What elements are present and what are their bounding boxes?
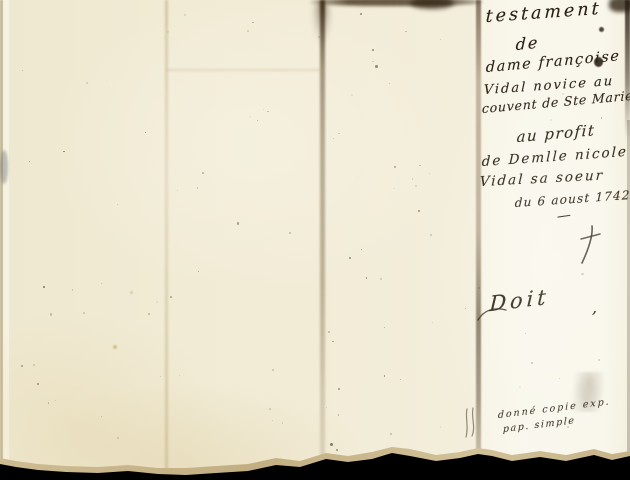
speckle xyxy=(167,31,169,33)
speckle xyxy=(86,82,88,84)
horizontal-crease xyxy=(166,69,322,71)
pen-trial-squiggle xyxy=(463,407,479,439)
speckle xyxy=(269,408,271,410)
speckle xyxy=(43,286,45,288)
speckle xyxy=(412,178,414,180)
speckle xyxy=(429,173,430,174)
pen-comma-mark: , xyxy=(592,300,597,316)
speckle xyxy=(349,257,351,259)
speckle xyxy=(465,308,466,309)
ink-speck xyxy=(375,65,378,68)
speckle xyxy=(390,433,392,435)
speckle xyxy=(338,414,339,415)
left-paper-edge-highlight xyxy=(3,0,9,462)
x-mark xyxy=(576,224,602,266)
foxing-spot xyxy=(129,290,134,295)
left-edge-blue-smudge xyxy=(0,150,8,184)
speckle xyxy=(48,402,49,403)
fold-crease-top-smudge xyxy=(312,0,332,46)
speckle xyxy=(380,278,382,280)
speckle xyxy=(384,327,385,328)
speckle xyxy=(326,407,328,409)
speckle xyxy=(400,379,401,380)
speckle xyxy=(29,161,30,162)
speckle xyxy=(361,249,362,250)
speckle xyxy=(430,234,432,236)
speckle xyxy=(50,313,52,315)
ink-blot xyxy=(599,27,604,32)
speckle xyxy=(267,111,269,113)
speckle xyxy=(389,83,390,84)
speckle xyxy=(372,61,374,63)
speckle xyxy=(252,22,253,23)
speckle xyxy=(101,283,102,284)
speckle xyxy=(72,289,73,290)
speckle xyxy=(405,31,406,32)
speckle xyxy=(22,70,23,71)
pen-dash-mark: — xyxy=(556,208,572,224)
right-edge-shadow-top xyxy=(625,0,630,140)
speckle xyxy=(328,331,330,333)
handwriting-line-de: de xyxy=(515,35,539,54)
speckle xyxy=(272,369,274,371)
ink-speck xyxy=(330,443,333,446)
speckle xyxy=(384,375,386,377)
speckle xyxy=(179,375,180,376)
speckle xyxy=(21,365,23,367)
speckle xyxy=(432,322,433,323)
paper-sheet: testament de dame françoise Vidal novice… xyxy=(0,0,630,480)
speckle xyxy=(37,383,39,385)
speckle xyxy=(184,14,186,16)
speckle xyxy=(419,165,421,167)
speckle xyxy=(263,109,265,111)
speckle xyxy=(338,133,339,134)
top-edge-dirt-band xyxy=(310,0,482,6)
speckle xyxy=(156,301,158,303)
fold-crease-right xyxy=(476,0,481,456)
speckle xyxy=(83,312,85,314)
ink-speck xyxy=(338,388,340,390)
speckle xyxy=(581,273,583,275)
speckle xyxy=(145,132,146,133)
speckle xyxy=(247,30,249,32)
speckle xyxy=(415,185,417,187)
speckle xyxy=(550,119,552,121)
speckle xyxy=(601,117,602,118)
speckle xyxy=(55,400,56,401)
speckle xyxy=(332,341,334,343)
speckle xyxy=(257,120,258,121)
speckle xyxy=(372,49,374,51)
ink-speck xyxy=(237,222,239,225)
speckle xyxy=(360,13,362,15)
speckle xyxy=(117,437,119,439)
speckle xyxy=(289,232,291,234)
scanned-document-page: testament de dame françoise Vidal novice… xyxy=(0,0,630,480)
speckle xyxy=(197,187,198,188)
speckle xyxy=(202,172,204,174)
speckle xyxy=(170,296,172,298)
speckle xyxy=(440,39,441,40)
speckle xyxy=(101,416,102,417)
speckle xyxy=(63,151,64,152)
speckle xyxy=(333,138,334,139)
speckle xyxy=(393,188,394,189)
speckle xyxy=(33,364,34,365)
speckle xyxy=(249,116,251,118)
speckle xyxy=(272,420,274,422)
ink-speck xyxy=(336,449,338,451)
speckle xyxy=(351,94,353,96)
speckle xyxy=(198,271,199,272)
speckle xyxy=(531,362,533,364)
speckle xyxy=(418,210,420,212)
speckle xyxy=(478,287,480,289)
foxing-spot xyxy=(112,344,118,350)
speckle xyxy=(177,190,178,191)
speckle xyxy=(282,422,284,424)
speckle xyxy=(106,80,107,81)
speckle xyxy=(160,376,161,377)
speckle xyxy=(117,204,118,205)
speckle xyxy=(440,426,442,428)
top-edge-dirt-blotch xyxy=(410,0,454,9)
speckle xyxy=(366,277,368,279)
speckle xyxy=(394,166,396,168)
speckle xyxy=(148,313,150,315)
